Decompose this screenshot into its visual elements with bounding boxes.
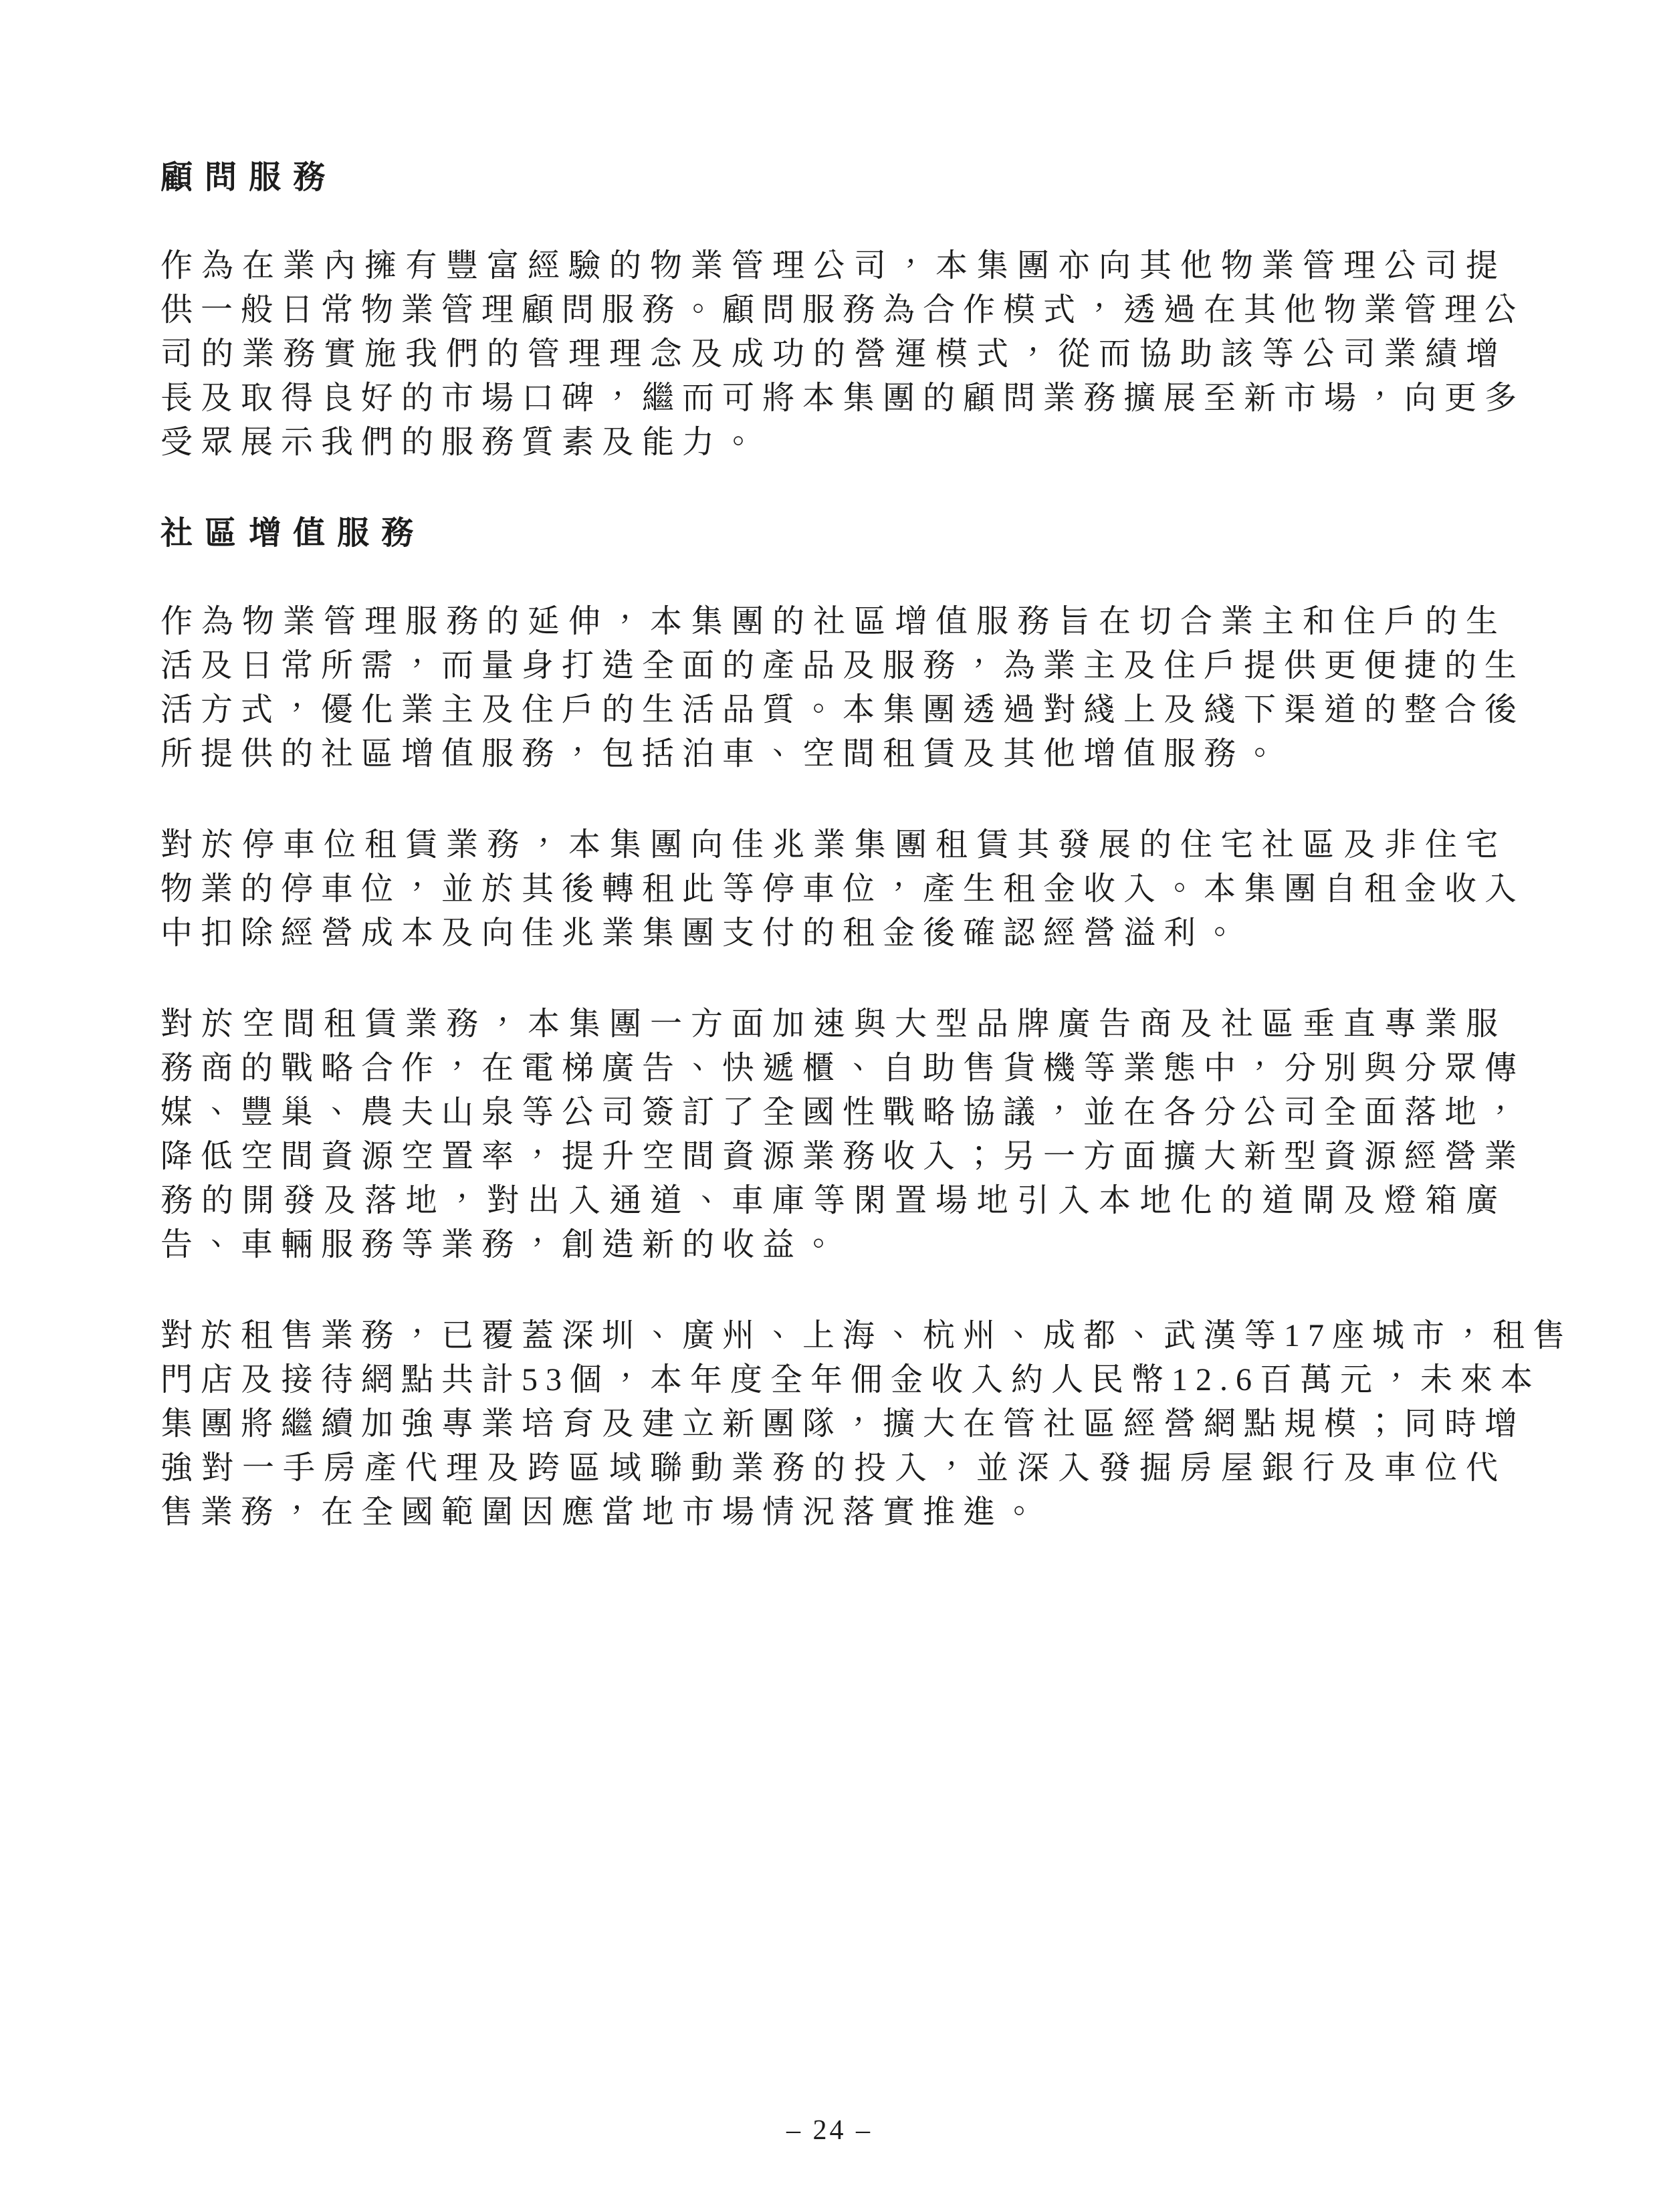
paragraph-line: 活及日常所需，而量身打造全面的產品及服務，為業主及住戶提供更便捷的生 bbox=[160, 644, 1506, 688]
paragraph-line: 受眾展示我們的服務質素及能力。 bbox=[160, 421, 1506, 465]
paragraph: 作為物業管理服務的延伸，本集團的社區增值服務旨在切合業主和住戶的生活及日常所需，… bbox=[160, 600, 1498, 776]
paragraph-line: 所提供的社區增值服務，包括泊車、空間租賃及其他增值服務。 bbox=[160, 732, 1506, 776]
section-heading: 顧問服務 bbox=[160, 156, 1498, 200]
paragraph-line: 強對一手房產代理及跨區域聯動業務的投入，並深入發掘房屋銀行及車位代 bbox=[160, 1446, 1506, 1490]
report-page: 顧問服務作為在業內擁有豐富經驗的物業管理公司，本集團亦向其他物業管理公司提供一般… bbox=[0, 0, 1659, 2212]
paragraph-line: 作為物業管理服務的延伸，本集團的社區增值服務旨在切合業主和住戶的生 bbox=[160, 600, 1506, 644]
paragraph-line: 降低空間資源空置率，提升空間資源業務收入；另一方面擴大新型資源經營業 bbox=[160, 1135, 1506, 1179]
paragraph-line: 媒、豐巢、農夫山泉等公司簽訂了全國性戰略協議，並在各分公司全面落地， bbox=[160, 1091, 1506, 1135]
paragraph-line: 集團將繼續加強專業培育及建立新團隊，擴大在管社區經營網點規模；同時增 bbox=[160, 1402, 1506, 1446]
page-number: – 24 – bbox=[0, 2114, 1659, 2146]
paragraph-line: 對於租售業務，已覆蓋深圳、廣州、上海、杭州、成都、武漢等17座城市，租售 bbox=[160, 1314, 1506, 1358]
paragraph-line: 中扣除經營成本及向佳兆業集團支付的租金後確認經營溢利。 bbox=[160, 911, 1506, 956]
paragraph-line: 作為在業內擁有豐富經驗的物業管理公司，本集團亦向其他物業管理公司提 bbox=[160, 244, 1506, 288]
paragraph-line: 對於空間租賃業務，本集團一方面加速與大型品牌廣告商及社區垂直專業服 bbox=[160, 1002, 1506, 1046]
paragraph-line: 告、車輛服務等業務，創造新的收益。 bbox=[160, 1223, 1506, 1267]
paragraph-line: 對於停車位租賃業務，本集團向佳兆業集團租賃其發展的住宅社區及非住宅 bbox=[160, 823, 1506, 867]
paragraph-line: 務的開發及落地，對出入通道、車庫等閑置場地引入本地化的道閘及燈箱廣 bbox=[160, 1179, 1506, 1223]
paragraph-line: 長及取得良好的市場口碑，繼而可將本集團的顧問業務擴展至新市場，向更多 bbox=[160, 376, 1506, 421]
document-body: 顧問服務作為在業內擁有豐富經驗的物業管理公司，本集團亦向其他物業管理公司提供一般… bbox=[160, 156, 1498, 1581]
paragraph-line: 務商的戰略合作，在電梯廣告、快遞櫃、自助售貨機等業態中，分別與分眾傳 bbox=[160, 1046, 1506, 1091]
paragraph-line: 司的業務實施我們的管理理念及成功的營運模式，從而協助該等公司業績增 bbox=[160, 332, 1506, 376]
paragraph: 對於停車位租賃業務，本集團向佳兆業集團租賃其發展的住宅社區及非住宅物業的停車位，… bbox=[160, 823, 1498, 956]
paragraph: 作為在業內擁有豐富經驗的物業管理公司，本集團亦向其他物業管理公司提供一般日常物業… bbox=[160, 244, 1498, 465]
paragraph: 對於租售業務，已覆蓋深圳、廣州、上海、杭州、成都、武漢等17座城市，租售門店及接… bbox=[160, 1314, 1498, 1535]
section-heading: 社區增值服務 bbox=[160, 512, 1498, 556]
paragraph-line: 活方式，優化業主及住戶的生活品質。本集團透過對綫上及綫下渠道的整合後 bbox=[160, 688, 1506, 732]
paragraph-line: 售業務，在全國範圍因應當地市場情況落實推進。 bbox=[160, 1490, 1506, 1535]
paragraph-line: 門店及接待網點共計53個，本年度全年佣金收入約人民幣12.6百萬元，未來本 bbox=[160, 1358, 1506, 1402]
paragraph-line: 物業的停車位，並於其後轉租此等停車位，產生租金收入。本集團自租金收入 bbox=[160, 867, 1506, 911]
paragraph: 對於空間租賃業務，本集團一方面加速與大型品牌廣告商及社區垂直專業服務商的戰略合作… bbox=[160, 1002, 1498, 1267]
paragraph-line: 供一般日常物業管理顧問服務。顧問服務為合作模式，透過在其他物業管理公 bbox=[160, 288, 1506, 332]
